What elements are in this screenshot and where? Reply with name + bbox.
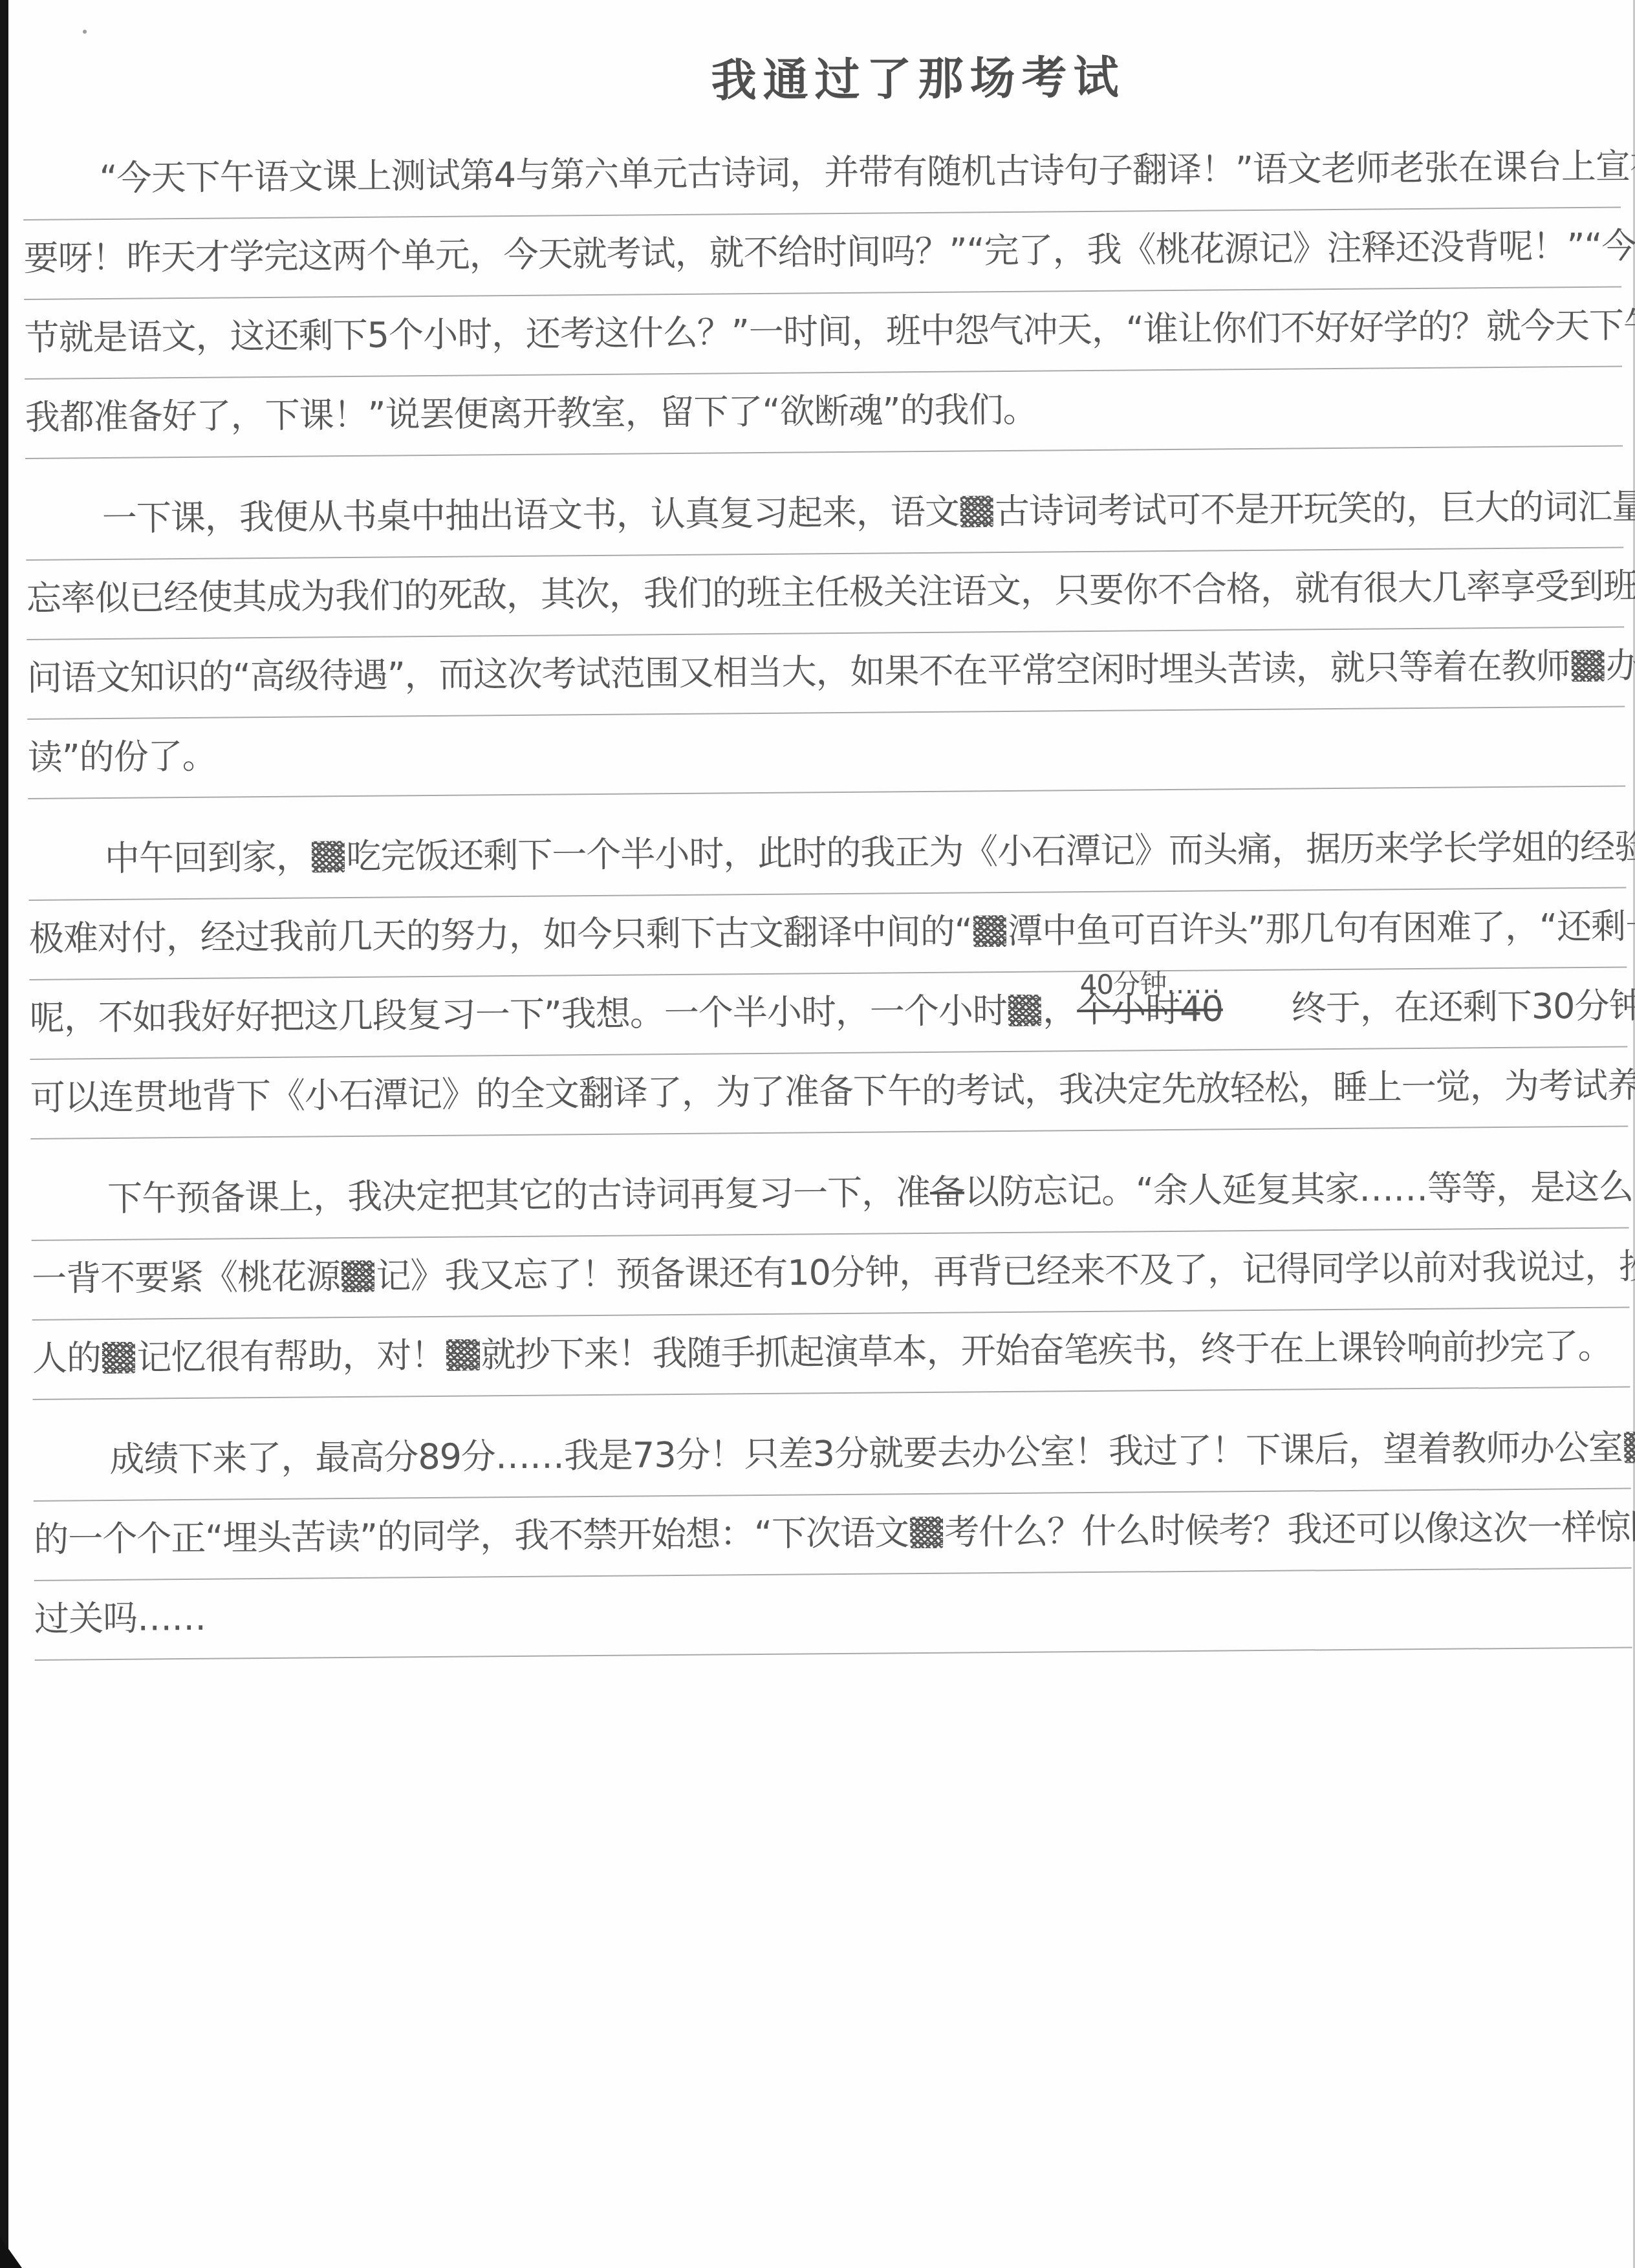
handwritten-text: 一背不要紧《桃花源 — [32, 1256, 340, 1299]
handwritten-text: 办公室“埋头苦 — [1606, 643, 1635, 686]
essay-line: 可以连贯地背下《小石潭记》的全文翻译了，为了准备下午的考试，我决定先放轻松，睡上… — [30, 1048, 1628, 1139]
scribbled-out-character — [312, 841, 345, 873]
scribbled-out-character — [973, 915, 1007, 947]
scribbled-out-character — [1008, 994, 1042, 1026]
handwritten-text: 我都准备好了，下课！”说罢便离开教室，留下了“欲断魂”的我们。 — [25, 389, 1037, 438]
handwritten-text: 吃完饭还剩下一个半小时，此时的我正为《小石潭记》而头痛，据历来学长学姐的经验，这… — [346, 825, 1635, 877]
essay-paragraph: 中午回到家，吃完饭还剩下一个半小时，此时的我正为《小石潭记》而头痛，据历来学长学… — [28, 809, 1629, 1139]
essay-paragraph: 一下课，我便从书桌中抽出语文书，认真复习起来，语文古诗词考试可不是开玩笑的，巨大… — [25, 469, 1625, 799]
essay-line: 下午预备课上，我决定把其它的古诗词再复习一下，准备以防忘记。“余人延复其家……等… — [31, 1149, 1629, 1241]
struck-through-text: 个小时4040分钟…… — [1077, 988, 1223, 1030]
essay-line: 极难对付，经过我前几天的努力，如今只剩下古文翻译中间的“潭中鱼可百许头”那几句有… — [28, 889, 1627, 980]
handwritten-text: 终于，在还剩下30分钟的时候，我 — [1223, 984, 1635, 1029]
essay-paragraph: “今天下午语文课上测试第4与第六单元古诗词，并带有随机古诗句子翻译！”语文老师老… — [23, 129, 1623, 459]
handwritten-text: 过关吗…… — [34, 1597, 206, 1639]
scribbled-out-character — [1571, 650, 1605, 682]
handwritten-text: 成绩下来了，最高分89分……我是73分！只差3分就要去办公室！我过了！下课后，望… — [109, 1427, 1623, 1480]
handwritten-text: 呢，不如我好好把这几段复习一下”我想。一个半小时，一个小时 — [30, 990, 1007, 1039]
handwritten-text: 潭中鱼可百许头”那几句有困难了，“还剩一个小时多 — [1008, 904, 1635, 951]
handwritten-text: “今天下午语文课上测试第4与第六单元古诗词，并带有随机古诗句子翻译！”语文老师老… — [99, 145, 1635, 199]
scribbled-out-character — [446, 1339, 480, 1371]
essay-sheet: 我通过了那场考试 “今天下午语文课上测试第4与第六单元古诗词，并带有随机古诗句子… — [22, 25, 1632, 1661]
scribbled-out-character — [102, 1341, 136, 1374]
scan-left-edge-artifact — [0, 0, 8, 2268]
handwritten-text: 节就是语文，这还剩下5个小时，还考这什么？”一时间，班中怨气冲天，“谁让你们不好… — [24, 303, 1635, 358]
essay-line: 问语文知识的“高级待遇”，而这次考试范围又相当大，如果不在平常空闲时埋头苦读，就… — [27, 628, 1625, 720]
handwritten-text: 下午预备课上，我决定把其它的古诗词再复习一下，准 — [107, 1172, 930, 1219]
scribbled-out-character — [960, 495, 994, 528]
handwritten-text: 忘率似已经使其成为我们的死敌，其次，我们的班主任极关注语文，只要你不合格，就有很… — [27, 565, 1635, 619]
essay-line: 忘率似已经使其成为我们的死敌，其次，我们的班主任极关注语文，只要你不合格，就有很… — [26, 548, 1624, 640]
essay-line: 读”的份了。 — [27, 707, 1625, 799]
handwritten-text: 可以连贯地背下《小石潭记》的全文翻译了，为了准备下午的考试，我决定先放轻松，睡上… — [30, 1064, 1635, 1118]
handwritten-text: 中午回到家， — [105, 837, 310, 879]
struck-through-text: 备 — [930, 1172, 964, 1213]
essay-line: “今天下午语文课上测试第4与第六单元古诗词，并带有随机古诗句子翻译！”语文老师老… — [23, 129, 1621, 221]
essay-line: 成绩下来了，最高分89分……我是73分！只差3分就要去办公室！我过了！下课后，望… — [33, 1410, 1631, 1502]
essay-line: 一背不要紧《桃花源记》我又忘了！预备课还有10分钟，再背已经来不及了，记得同学以… — [32, 1229, 1630, 1321]
handwritten-text: 考什么？什么时候考？我还可以像这次一样惊险的 — [944, 1506, 1635, 1553]
essay-line: 中午回到家，吃完饭还剩下一个半小时，此时的我正为《小石潭记》而头痛，据历来学长学… — [28, 809, 1627, 901]
essay-line: 过关吗…… — [34, 1569, 1632, 1661]
inserted-correction-text: 40分钟…… — [1080, 971, 1220, 999]
handwritten-text: 读”的份了。 — [27, 736, 216, 778]
essay-line: 的一个个正“埋头苦读”的同学，我不禁开始想：“下次语文考什么？什么时候考？我还可… — [34, 1489, 1632, 1581]
handwritten-text: 古诗词考试可不是开玩笑的，巨大的词汇量以及 — [995, 485, 1635, 532]
scribbled-out-character — [1624, 1431, 1635, 1463]
handwritten-text: 的一个个正“埋头苦读”的同学，我不禁开始想：“下次语文 — [34, 1512, 909, 1560]
scribbled-out-character — [341, 1260, 375, 1293]
scribbled-out-character — [910, 1517, 944, 1549]
essay-title: 我通过了那场考试 — [22, 25, 1620, 135]
essay-line: 节就是语文，这还剩下5个小时，还考这什么？”一时间，班中怨气冲天，“谁让你们不好… — [24, 288, 1622, 380]
handwritten-text: 就抄下来！我随手抓起演草本，开始奋笔疾书，终于在上课铃响前抄完了。 — [481, 1326, 1612, 1376]
handwritten-text: 记忆很有帮助，对！ — [136, 1335, 445, 1378]
essay-body: “今天下午语文课上测试第4与第六单元古诗词，并带有随机古诗句子翻译！”语文老师老… — [23, 129, 1632, 1661]
handwritten-text: 要呀！昨天才学完这两个单元，今天就考试，就不给时间吗？”“完了，我《桃花源记》注… — [23, 225, 1635, 279]
handwritten-text: 问语文知识的“高级待遇”，而这次考试范围又相当大，如果不在平常空闲时埋头苦读，就… — [27, 645, 1570, 698]
essay-line: 呢，不如我好好把这几段复习一下”我想。一个半小时，一个小时，个小时4040分钟…… — [29, 968, 1627, 1060]
essay-line: 一下课，我便从书桌中抽出语文书，认真复习起来，语文古诗词考试可不是开玩笑的，巨大… — [25, 469, 1623, 561]
handwritten-text: 以防忘记。“余人延复其家……等等，是这么写的吗？”这 — [964, 1165, 1635, 1212]
handwritten-text: 极难对付，经过我前几天的努力，如今只剩下古文翻译中间的“ — [29, 911, 972, 959]
essay-paragraph: 成绩下来了，最高分89分……我是73分！只差3分就要去办公室！我过了！下课后，望… — [33, 1410, 1632, 1661]
handwritten-text: 记》我又忘了！预备课还有10分钟，再背已经来不及了，记得同学以前对我说过，抄写对 — [376, 1245, 1635, 1296]
handwritten-text: 一下课，我便从书桌中抽出语文书，认真复习起来，语文 — [102, 491, 959, 539]
handwritten-text: ， — [1043, 989, 1077, 1030]
essay-line: 我都准备好了，下课！”说罢便离开教室，留下了“欲断魂”的我们。 — [25, 367, 1623, 459]
handwritten-text: 人的 — [32, 1337, 101, 1379]
essay-line: 人的记忆很有帮助，对！就抄下来！我随手抓起演草本，开始奋笔疾书，终于在上课铃响前… — [32, 1308, 1630, 1400]
essay-paragraph: 下午预备课上，我决定把其它的古诗词再复习一下，准备以防忘记。“余人延复其家……等… — [31, 1149, 1630, 1400]
essay-line: 要呀！昨天才学完这两个单元，今天就考试，就不给时间吗？”“完了，我《桃花源记》注… — [23, 208, 1621, 300]
scan-speck — [83, 30, 87, 34]
scanned-essay-page: 我通过了那场考试 “今天下午语文课上测试第4与第六单元古诗词，并带有随机古诗句子… — [0, 0, 1635, 2268]
